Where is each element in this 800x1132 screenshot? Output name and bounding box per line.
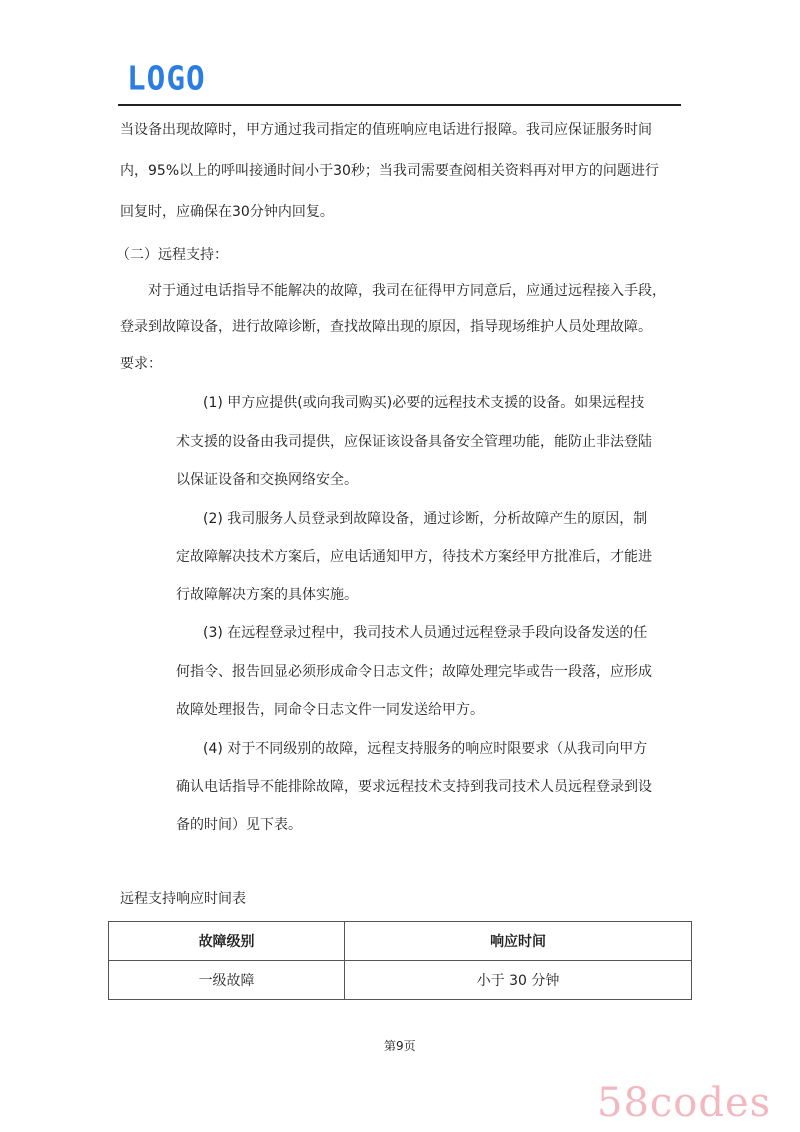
list-item-line: 定故障解决技术方案后，应电话通知甲方，待技术方案经甲方批准后，才能进 [176,547,652,567]
list-item-line: 以保证设备和交换网络安全。 [176,470,358,490]
paragraph-line: 当设备出现故障时，甲方通过我司指定的值班响应电话进行报障。我司应保证服务时间 [120,120,652,140]
list-item-line: (2) 我司服务人员登录到故障设备，通过诊断，分析故障产生的原因，制 [203,509,647,529]
list-item-line: 故障处理报告，同命令日志文件一同发送给甲方。 [176,700,484,720]
table-cell: 小于 30 分钟 [345,961,692,1000]
list-item-line: 备的时间）见下表。 [176,815,302,835]
table-header-row: 故障级别 响应时间 [109,922,692,961]
watermark: 58codes [597,1080,771,1126]
paragraph-line: 要求： [120,354,162,374]
list-item-line: 行故障解决方案的具体实施。 [176,585,358,605]
list-item-line: 术支援的设备由我司提供，应保证该设备具备安全管理功能，能防止非法登陆 [176,432,652,452]
list-item-line: (1) 甲方应提供(或向我司购买)必要的远程技术支援的设备。如果远程技 [203,393,644,413]
page-number: 第9页 [384,1037,416,1054]
paragraph-line: 对于通过电话指导不能解决的故障，我司在征得甲方同意后，应通过远程接入手段， [148,281,666,301]
list-item-line: (4) 对于不同级别的故障，远程支持服务的响应时限要求（从我司向甲方 [203,739,647,759]
column-header: 响应时间 [345,922,692,961]
paragraph-line: 内，95%以上的呼叫接通时间小于30秒；当我司需要查阅相关资料再对甲方的问题进行 [120,161,659,181]
logo: LOGO [127,61,206,97]
list-item-line: (3) 在远程登录过程中，我司技术人员通过远程登录手段向设备发送的任 [203,623,647,643]
column-header: 故障级别 [109,922,345,961]
section-heading: （二）远程支持： [116,245,228,265]
table-caption: 远程支持响应时间表 [120,888,246,908]
header-divider [118,104,681,106]
paragraph-line: 登录到故障设备，进行故障诊断，查找故障出现的原因，指导现场维护人员处理故障。 [120,317,652,337]
list-item-line: 何指令、报告回显必须形成命令日志文件；故障处理完毕或告一段落，应形成 [176,662,652,682]
response-time-table: 故障级别 响应时间 一级故障 小于 30 分钟 [108,921,692,1000]
paragraph-line: 回复时，应确保在30分钟内回复。 [120,202,334,222]
table-cell: 一级故障 [109,961,345,1000]
table-row: 一级故障 小于 30 分钟 [109,961,692,1000]
list-item-line: 确认电话指导不能排除故障，要求远程技术支持到我司技术人员远程登录到设 [176,777,652,797]
